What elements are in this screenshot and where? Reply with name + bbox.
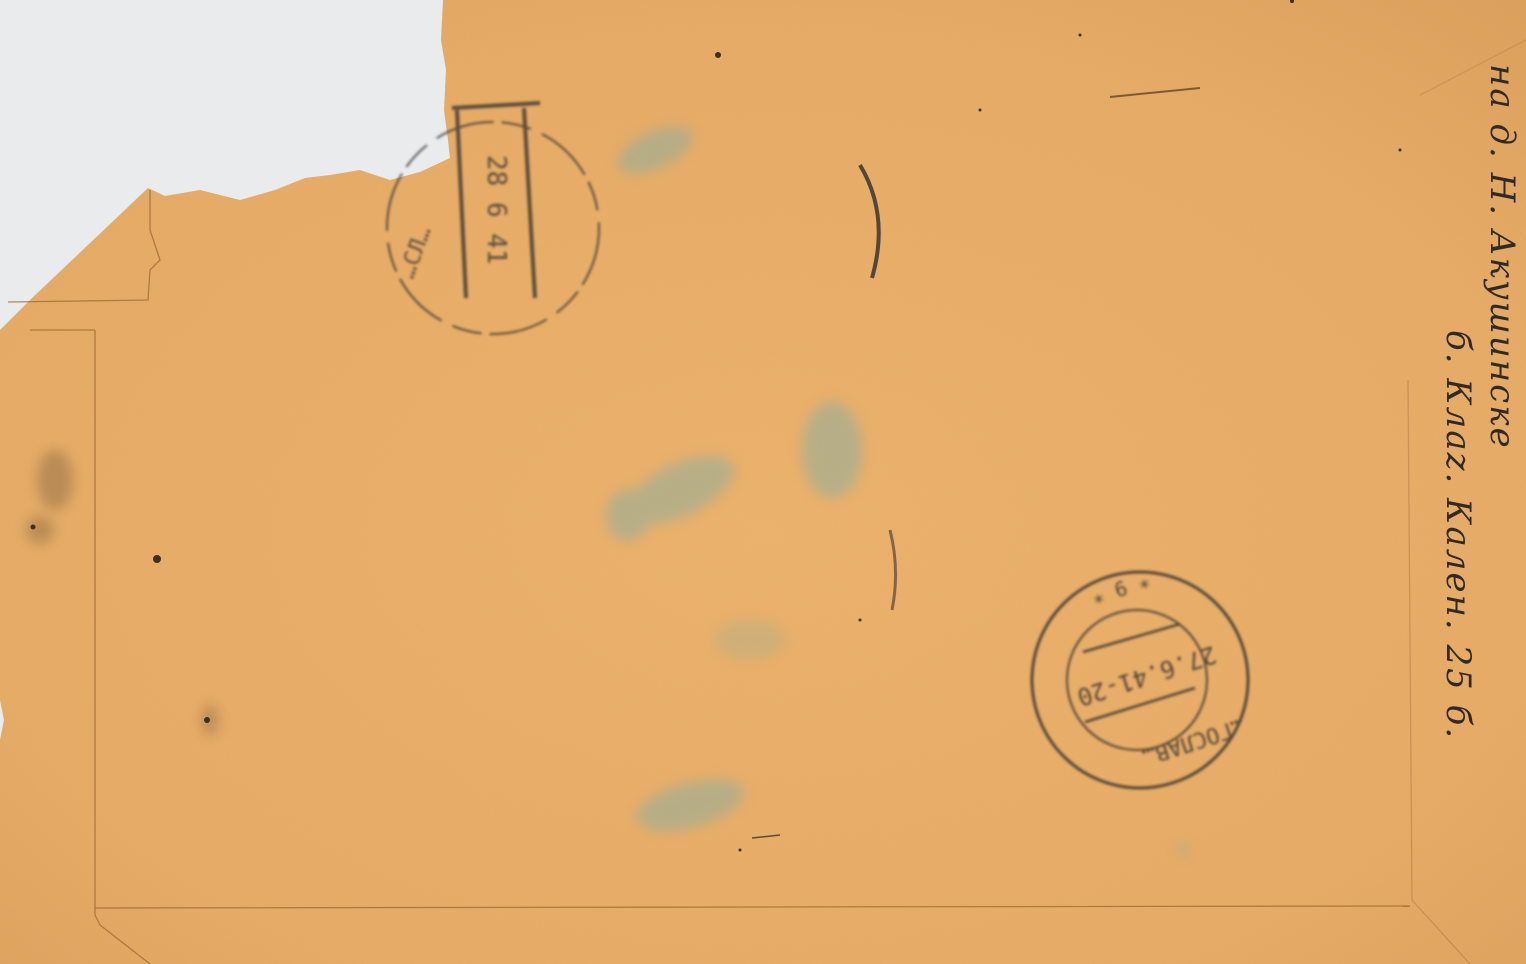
postmark-top-left-date: 28 6 41 [481,155,511,265]
handwritten-address-line-2: б. Клаz. Кален. 25 б. [1438,330,1478,740]
handwritten-address-line-1: на д. Н. Акушинске [1482,64,1522,450]
envelope-photo: 28 6 41 …СЛ… 27.6.41-20 …ГОСЛАВ… * 9 * [0,0,1526,964]
